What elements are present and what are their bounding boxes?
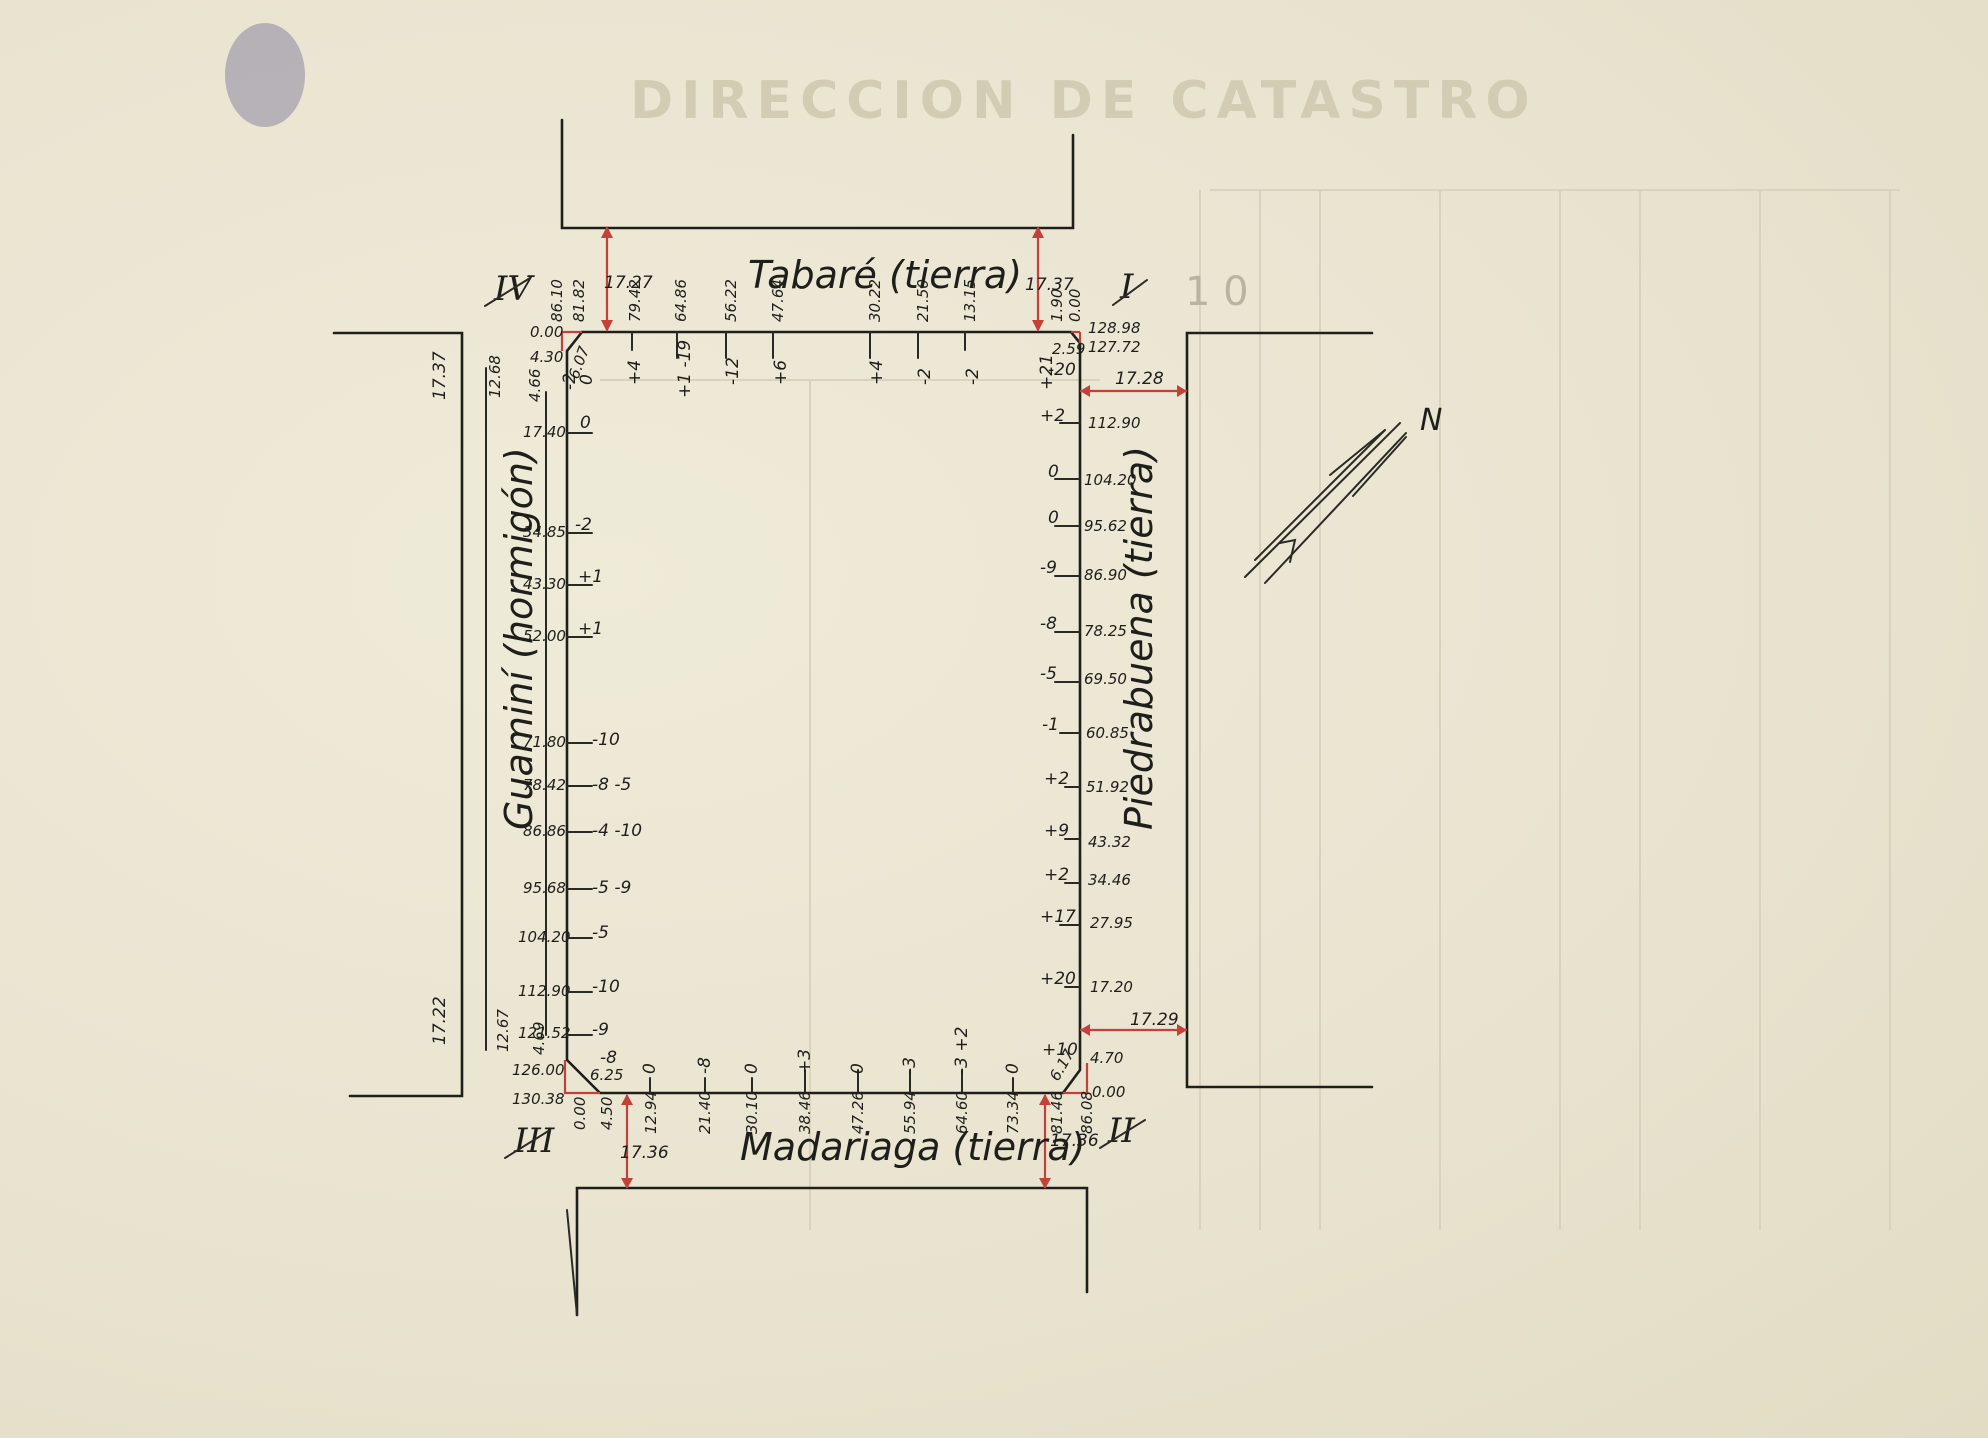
station-dist: 95.62 bbox=[1084, 517, 1127, 535]
survey-sheet: DIRECCION DE CATASTRO 1 0 bbox=[0, 0, 1988, 1438]
station-offset: 0 bbox=[640, 1063, 660, 1074]
station-offset: 0 bbox=[1048, 462, 1059, 482]
station-offset: -5 bbox=[592, 923, 609, 943]
station-dist: 78.25 bbox=[1084, 622, 1127, 640]
station-dist: 34.46 bbox=[1088, 871, 1131, 889]
station-offset: +10 bbox=[1042, 1040, 1078, 1060]
street-name-north: Tabaré (tierra) bbox=[748, 253, 1022, 297]
station-offset: -12 bbox=[723, 357, 743, 385]
east-width-bottom: 17.29 bbox=[1130, 1010, 1179, 1030]
station-dist: 64.86 bbox=[672, 279, 690, 322]
station-offset: +9 bbox=[1044, 821, 1069, 841]
station-offset: -8 bbox=[600, 1048, 617, 1068]
station-offset: +4 bbox=[867, 360, 887, 385]
chamfer-offset: -2 bbox=[560, 373, 580, 390]
station-dist: 126.00 bbox=[512, 1061, 565, 1079]
ink-smudge bbox=[225, 23, 305, 127]
station-offset: +1 bbox=[578, 619, 603, 639]
station-offset: +4 bbox=[625, 360, 645, 385]
west-sidewalk-top: 4.66 bbox=[526, 369, 544, 402]
station-dist: 71.80 bbox=[523, 733, 566, 751]
station-offset: -2 bbox=[915, 368, 935, 385]
station-dist: 86.86 bbox=[523, 822, 566, 840]
west-inner-bottom: 12.67 bbox=[494, 1009, 512, 1052]
faint-header: DIRECCION DE CATASTRO bbox=[630, 71, 1538, 131]
west-width-top: 17.37 bbox=[430, 351, 450, 400]
south-side-stations: 0.00 4.50 12.94 21.40 30.10 38.46 47.26 … bbox=[571, 1027, 1096, 1134]
corner-distance: 130.38 bbox=[512, 1090, 565, 1108]
station-offset: -5 bbox=[1040, 664, 1057, 684]
station-dist: 104.20 bbox=[1084, 471, 1137, 489]
station-offset: -2 bbox=[963, 368, 983, 385]
station-dist: 21.40 bbox=[696, 1091, 714, 1134]
station-dist: 81.82 bbox=[570, 279, 588, 322]
station-dist: 79.42 bbox=[626, 279, 644, 322]
station-dist: 1.90 bbox=[1048, 289, 1066, 322]
station-dist: 17.20 bbox=[1090, 978, 1133, 996]
station-dist: 64.60 bbox=[953, 1091, 971, 1134]
chamfer-length: 2.59 bbox=[1052, 340, 1085, 358]
station-dist: 81.46 bbox=[1048, 1091, 1066, 1134]
station-offset: +6 bbox=[771, 360, 791, 385]
station-dist: 17.40 bbox=[523, 423, 566, 441]
station-offset: -5 -9 bbox=[592, 878, 631, 898]
station-offset: -8 bbox=[1040, 614, 1057, 634]
station-dist: 47.26 bbox=[849, 1091, 867, 1134]
station-offset: -10 bbox=[592, 730, 620, 750]
station-offset: -3 bbox=[900, 1057, 920, 1074]
corner-labels: I II III IV bbox=[485, 267, 1147, 1161]
station-offset: +1 bbox=[578, 567, 603, 587]
station-offset: +2 bbox=[1040, 406, 1065, 426]
station-dist: 0.00 bbox=[1066, 289, 1084, 322]
station-dist: 30.10 bbox=[743, 1091, 761, 1134]
survey-plan: DIRECCION DE CATASTRO 1 0 bbox=[0, 0, 1988, 1438]
station-offset: 0 bbox=[1048, 508, 1059, 528]
station-dist: 4.70 bbox=[1090, 1049, 1123, 1067]
station-offset: 0 bbox=[848, 1063, 868, 1074]
west-width-bottom: 17.22 bbox=[430, 996, 450, 1045]
station-dist: 121.52 bbox=[518, 1024, 571, 1042]
station-dist: 47.64 bbox=[769, 279, 787, 322]
station-offset: +2 bbox=[1044, 769, 1069, 789]
station-dist: 38.46 bbox=[796, 1091, 814, 1134]
station-dist: 86.10 bbox=[548, 279, 566, 322]
station-offset: -1 bbox=[1042, 715, 1059, 735]
north-label: N bbox=[1420, 403, 1442, 438]
station-dist: 104.20 bbox=[518, 928, 571, 946]
station-dist: 86.90 bbox=[1084, 566, 1127, 584]
station-dist: 27.95 bbox=[1090, 914, 1133, 932]
station-dist: 55.94 bbox=[901, 1091, 919, 1134]
station-offset: 0 bbox=[1003, 1063, 1023, 1074]
station-dist: 34.85 bbox=[523, 523, 566, 541]
station-offset: -20 bbox=[1048, 360, 1076, 380]
station-dist: 0.00 bbox=[571, 1097, 589, 1130]
station-offset: 0 bbox=[580, 413, 591, 433]
station-offset: 0 bbox=[742, 1063, 762, 1074]
corner-IV: IV bbox=[493, 269, 535, 309]
corner-I: I bbox=[1119, 267, 1134, 307]
south-width-left: 17.36 bbox=[620, 1143, 669, 1163]
station-dist: 12.94 bbox=[642, 1091, 660, 1134]
station-offset: -10 bbox=[592, 977, 620, 997]
station-dist: 60.85 bbox=[1086, 724, 1129, 742]
station-offset: +17 bbox=[1040, 907, 1076, 927]
station-offset: +1 -19 bbox=[675, 340, 695, 398]
station-offset: +3 bbox=[795, 1049, 815, 1074]
station-dist: 21.50 bbox=[914, 279, 932, 322]
station-dist: 78.42 bbox=[523, 776, 566, 794]
station-dist: 52.00 bbox=[523, 627, 566, 645]
station-offset: -9 bbox=[1040, 558, 1057, 578]
station-offset: -4 -10 bbox=[592, 821, 642, 841]
east-width-top: 17.28 bbox=[1115, 369, 1164, 389]
station-dist: 112.90 bbox=[518, 982, 571, 1000]
station-offset: -2 bbox=[575, 515, 592, 535]
station-dist: 43.30 bbox=[523, 575, 566, 593]
station-dist: 51.92 bbox=[1086, 778, 1129, 796]
corner-distance: 128.98 bbox=[1088, 319, 1141, 337]
station-dist: 30.22 bbox=[866, 279, 884, 322]
west-inner-top: 12.68 bbox=[486, 355, 504, 398]
corner-II: II bbox=[1107, 1111, 1135, 1151]
station-dist: 43.32 bbox=[1088, 833, 1131, 851]
station-dist: 73.34 bbox=[1004, 1091, 1022, 1134]
station-dist: 0.00 bbox=[1092, 1083, 1125, 1101]
station-dist: 4.50 bbox=[598, 1097, 616, 1130]
station-dist: 56.22 bbox=[722, 279, 740, 322]
station-dist: 112.90 bbox=[1088, 414, 1141, 432]
station-dist: 127.72 bbox=[1088, 338, 1141, 356]
station-offset: -8 -5 bbox=[592, 775, 631, 795]
station-offset: +20 bbox=[1040, 969, 1076, 989]
station-offset: +2 bbox=[1044, 865, 1069, 885]
station-dist: 13.15 bbox=[961, 279, 979, 322]
station-offset: -3 +2 bbox=[952, 1027, 972, 1074]
station-dist: 4.30 bbox=[530, 348, 563, 366]
station-dist: 69.50 bbox=[1084, 670, 1127, 688]
station-dist: 95.68 bbox=[523, 879, 566, 897]
north-arrow-icon: N bbox=[1245, 403, 1442, 583]
surveyed-block bbox=[562, 332, 1087, 1093]
station-dist: 86.08 bbox=[1078, 1091, 1096, 1134]
pencil-mark: 1 0 bbox=[1185, 269, 1249, 315]
chamfer-length: 6.25 bbox=[590, 1066, 623, 1084]
station-offset: -9 bbox=[592, 1020, 609, 1040]
station-dist: 0.00 bbox=[530, 323, 563, 341]
station-offset: -8 bbox=[695, 1057, 715, 1074]
